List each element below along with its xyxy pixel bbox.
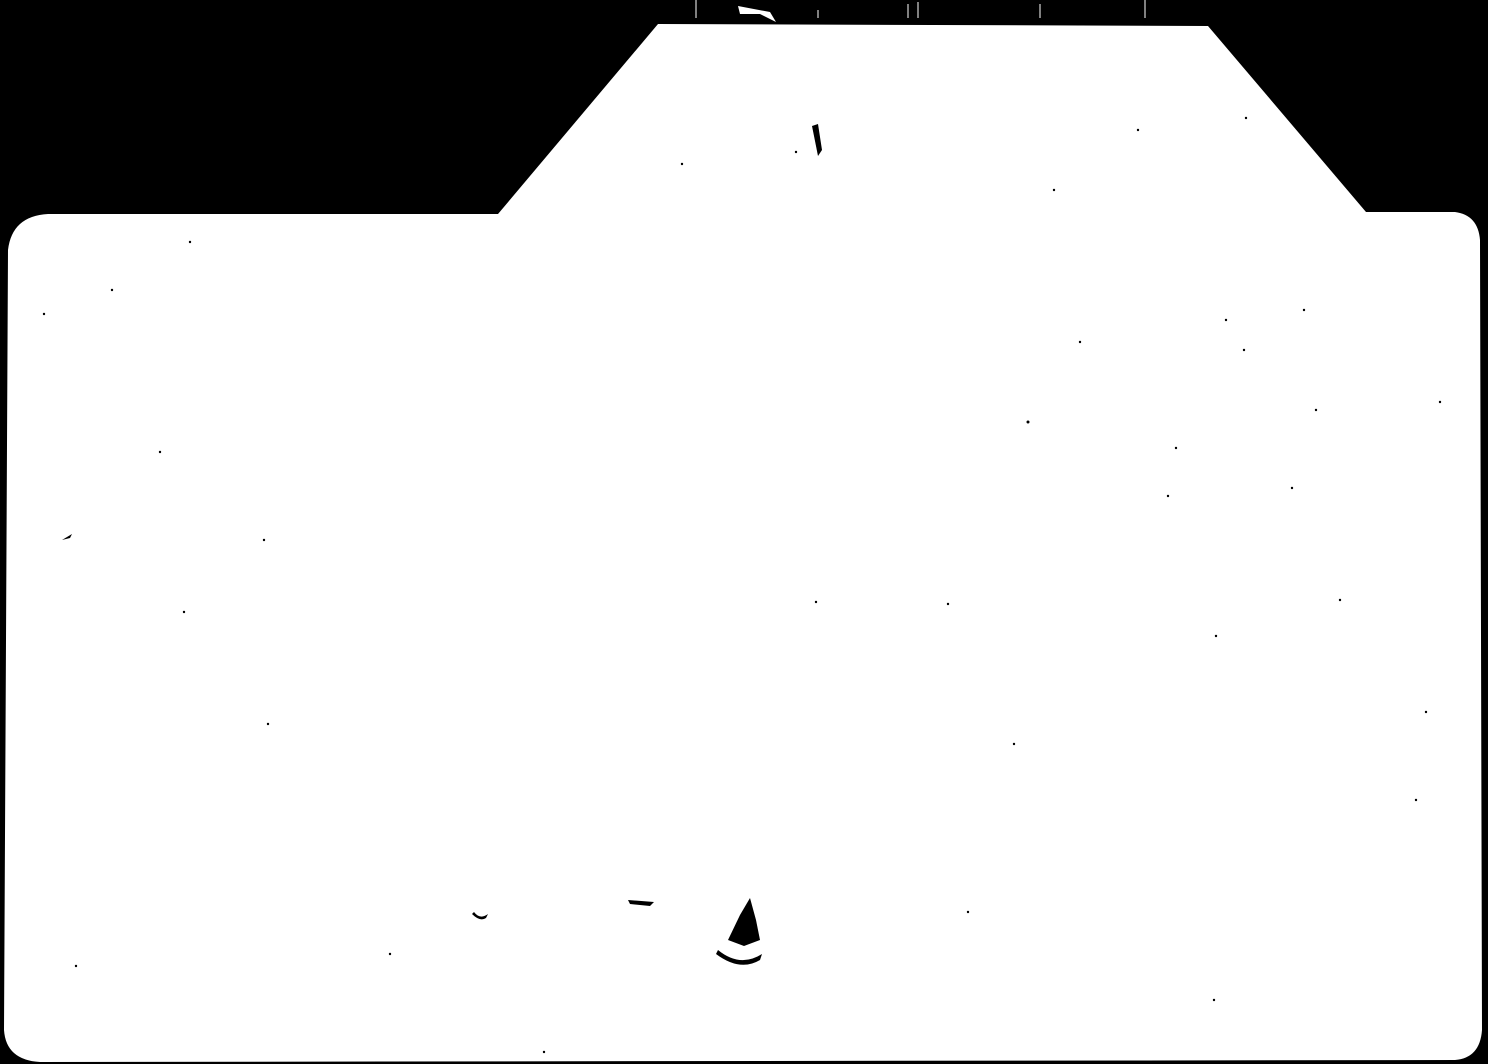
image-canvas: High-contrast black-and-white silhouette… — [0, 0, 1488, 1064]
camera-silhouette — [0, 0, 1488, 1064]
